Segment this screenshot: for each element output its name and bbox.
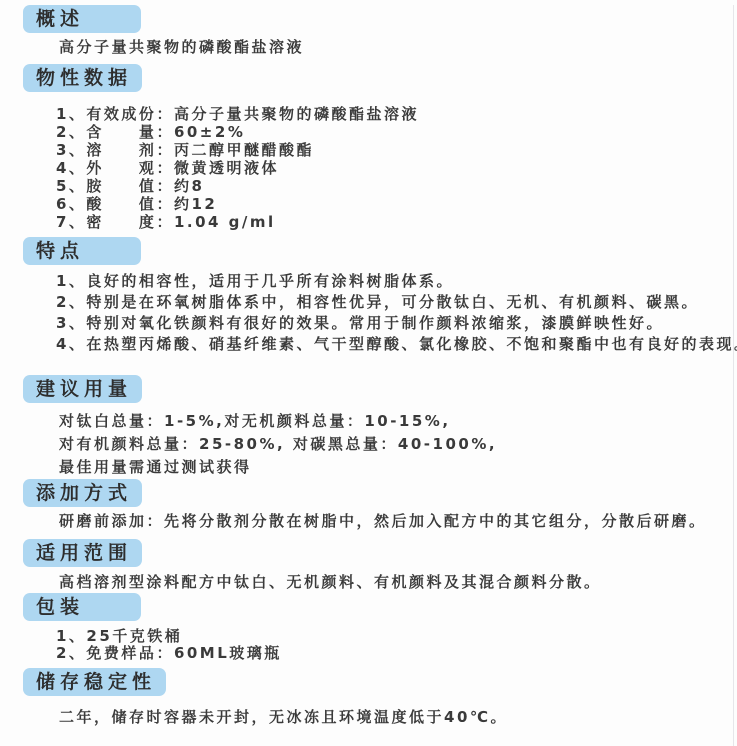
text-line: 对钛白总量：1-5%,对无机颜料总量：10-15%, <box>59 410 727 433</box>
text-line: 1、有效成份：高分子量共聚物的磷酸酯盐溶液 <box>56 105 727 123</box>
text-line: 1、良好的相容性，适用于几乎所有涂料树脂体系。 <box>56 271 727 292</box>
section-header-packaging: 包装 <box>23 593 141 621</box>
section-header-storage-stability: 储存稳定性 <box>23 668 166 696</box>
text-line: 高档溶剂型涂料配方中钛白、无机颜料、有机颜料及其混合颜料分散。 <box>59 574 727 590</box>
text-line: 2、免费样品：60ML玻璃瓶 <box>56 645 727 662</box>
text-line: 高分子量共聚物的磷酸酯盐溶液 <box>59 39 727 55</box>
section-content-overview: 高分子量共聚物的磷酸酯盐溶液 <box>59 39 727 55</box>
text-line: 4、外 观：微黄透明液体 <box>56 159 727 177</box>
product-spec-document: 概述高分子量共聚物的磷酸酯盐溶液物性数据1、有效成份：高分子量共聚物的磷酸酯盐溶… <box>0 5 737 746</box>
section-content-addition-method: 研磨前添加：先将分散剂分散在树脂中，然后加入配方中的其它组分，分散后研磨。 <box>59 513 727 529</box>
section-content-recommended-dosage: 对钛白总量：1-5%,对无机颜料总量：10-15%,对有机颜料总量：25-80%… <box>59 410 727 479</box>
text-line: 5、胺 值：约8 <box>56 177 727 195</box>
text-line: 6、酸 值：约12 <box>56 195 727 213</box>
section-overview: 概述高分子量共聚物的磷酸酯盐溶液 <box>0 5 737 55</box>
text-line: 二年，储存时容器未开封，无冰冻且环境温度低于40℃。 <box>59 709 727 725</box>
text-line: 7、密 度：1.04 g/ml <box>56 213 727 231</box>
text-line: 2、含 量：60±2% <box>56 123 727 141</box>
section-header-physical-data: 物性数据 <box>23 64 142 92</box>
text-line: 3、溶 剂：丙二醇甲醚醋酸酯 <box>56 141 727 159</box>
section-application-scope: 适用范围高档溶剂型涂料配方中钛白、无机颜料、有机颜料及其混合颜料分散。 <box>0 539 737 590</box>
section-header-addition-method: 添加方式 <box>23 479 142 507</box>
section-physical-data: 物性数据1、有效成份：高分子量共聚物的磷酸酯盐溶液2、含 量：60±2%3、溶 … <box>0 64 737 231</box>
section-addition-method: 添加方式研磨前添加：先将分散剂分散在树脂中，然后加入配方中的其它组分，分散后研磨… <box>0 479 737 529</box>
section-list: 概述高分子量共聚物的磷酸酯盐溶液物性数据1、有效成份：高分子量共聚物的磷酸酯盐溶… <box>0 5 737 725</box>
section-content-physical-data: 1、有效成份：高分子量共聚物的磷酸酯盐溶液2、含 量：60±2%3、溶 剂：丙二… <box>56 105 727 231</box>
section-content-application-scope: 高档溶剂型涂料配方中钛白、无机颜料、有机颜料及其混合颜料分散。 <box>59 574 727 590</box>
section-content-features: 1、良好的相容性，适用于几乎所有涂料树脂体系。2、特别是在环氧树脂体系中，相容性… <box>56 271 727 355</box>
text-line: 2、特别是在环氧树脂体系中，相容性优异，可分散钛白、无机、有机颜料、碳黑。 <box>56 292 727 313</box>
text-line: 4、在热塑丙烯酸、硝基纤维素、气干型醇酸、氯化橡胶、不饱和聚酯中也有良好的表现。 <box>56 334 727 355</box>
text-line: 最佳用量需通过测试获得 <box>59 456 727 479</box>
section-recommended-dosage: 建议用量对钛白总量：1-5%,对无机颜料总量：10-15%,对有机颜料总量：25… <box>0 375 737 479</box>
text-line: 对有机颜料总量：25-80%, 对碳黑总量：40-100%, <box>59 433 727 456</box>
section-packaging: 包装1、25千克铁桶2、免费样品：60ML玻璃瓶 <box>0 593 737 662</box>
section-header-overview: 概述 <box>23 5 141 33</box>
section-content-packaging: 1、25千克铁桶2、免费样品：60ML玻璃瓶 <box>56 628 727 662</box>
text-line: 3、特别对氧化铁颜料有很好的效果。常用于制作颜料浓缩浆，漆膜鲜映性好。 <box>56 313 727 334</box>
section-header-application-scope: 适用范围 <box>23 539 142 567</box>
right-edge-line <box>733 5 734 746</box>
section-features: 特点1、良好的相容性，适用于几乎所有涂料树脂体系。2、特别是在环氧树脂体系中，相… <box>0 237 737 355</box>
section-content-storage-stability: 二年，储存时容器未开封，无冰冻且环境温度低于40℃。 <box>59 709 727 725</box>
section-storage-stability: 储存稳定性二年，储存时容器未开封，无冰冻且环境温度低于40℃。 <box>0 668 737 725</box>
text-line: 研磨前添加：先将分散剂分散在树脂中，然后加入配方中的其它组分，分散后研磨。 <box>59 513 727 529</box>
section-header-features: 特点 <box>23 237 141 265</box>
section-header-recommended-dosage: 建议用量 <box>23 375 142 403</box>
text-line: 1、25千克铁桶 <box>56 628 727 645</box>
